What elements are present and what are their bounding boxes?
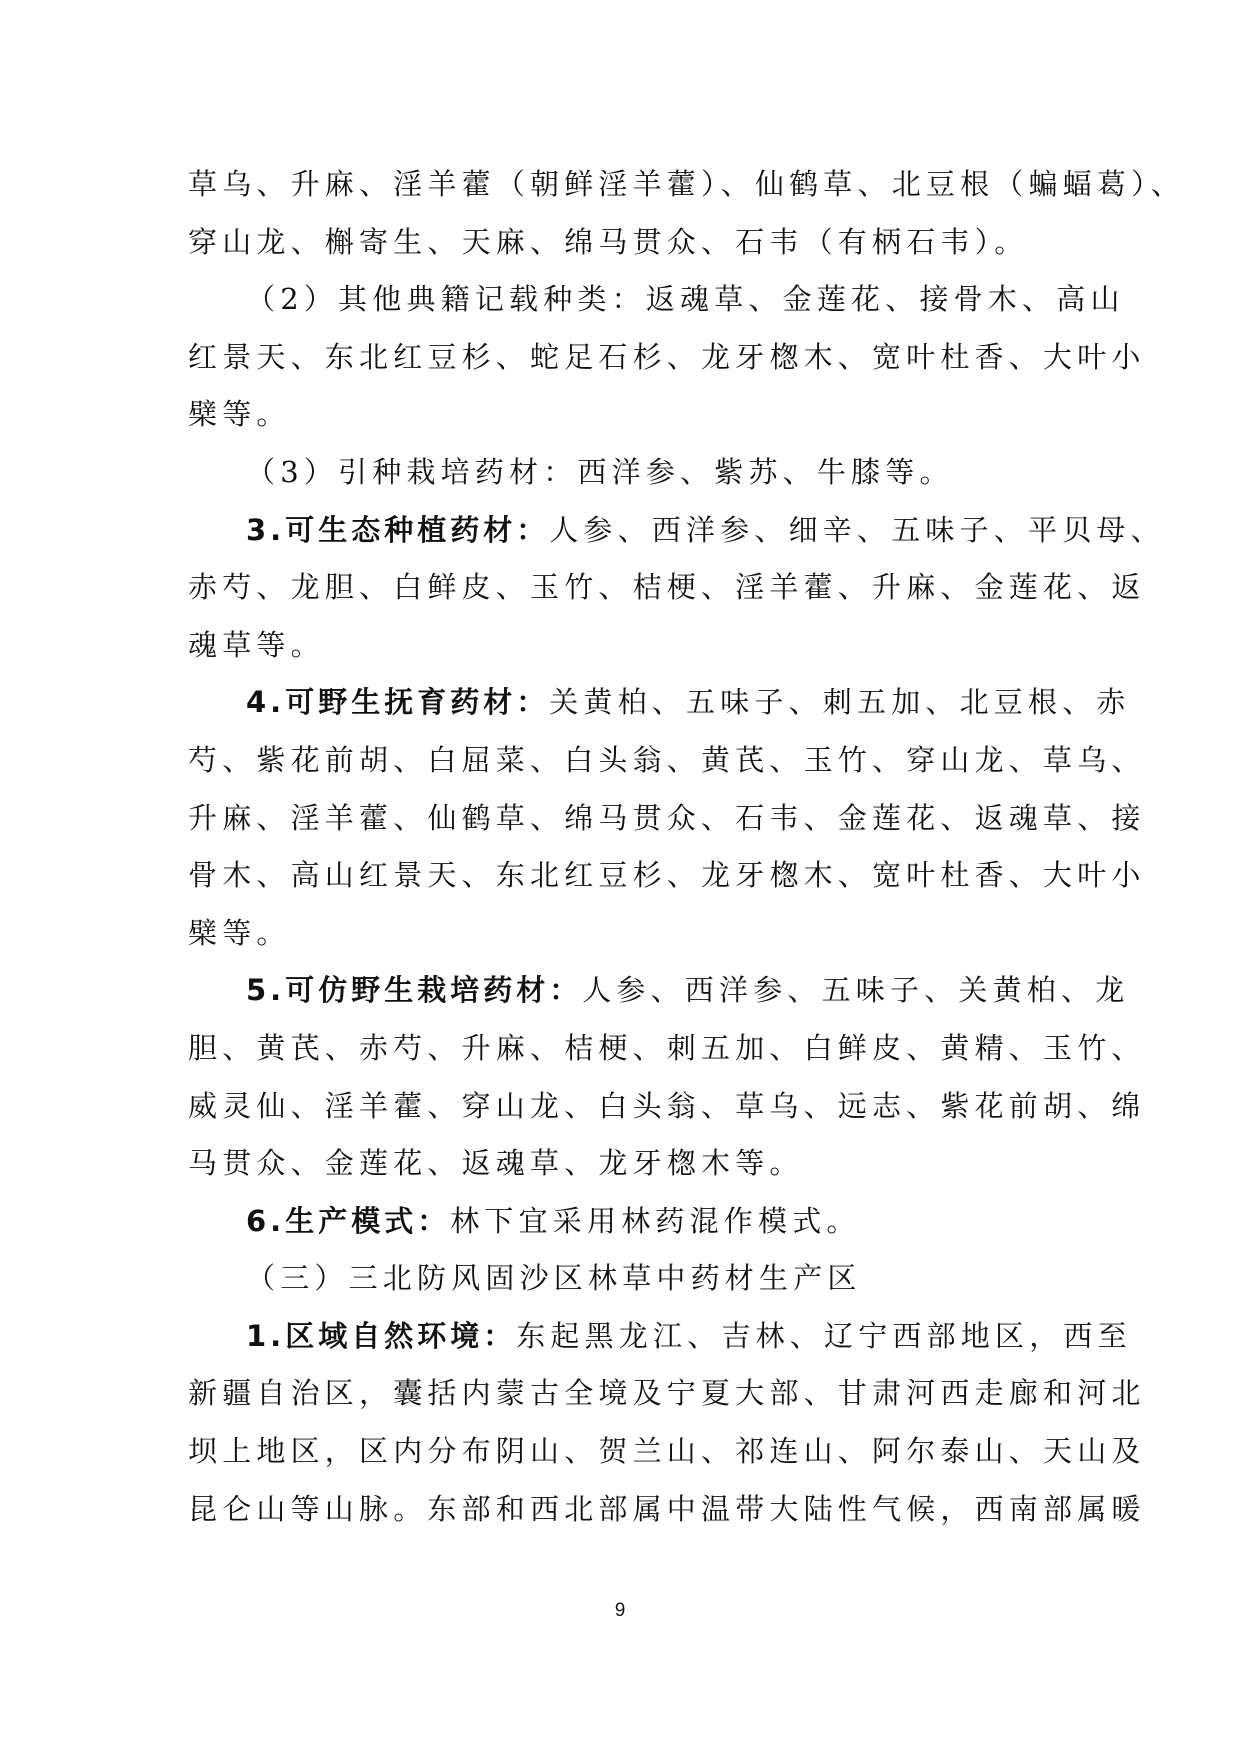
text-line: 魂草等。 [188,617,1058,675]
page-number: 9 [0,1600,1240,1622]
item-text: 林下宜采用林药混作模式。 [450,1204,860,1238]
text-line: 胆、黄芪、赤芍、升麻、桔梗、刺五加、白鲜皮、黄精、玉竹、 [188,1020,1058,1078]
item-heading: 1.区域自然环境： [246,1319,516,1353]
text-line: 芍、紫花前胡、白屈菜、白头翁、黄芪、玉竹、穿山龙、草乌、 [188,732,1058,790]
text-line: 骨木、高山红景天、东北红豆杉、龙牙楤木、宽叶杜香、大叶小 [188,847,1058,905]
text-line: 檗等。 [188,386,1058,444]
item-text: 人参、西洋参、五味子、关黄柏、龙 [582,973,1129,1007]
text-line: 赤芍、龙胆、白鲜皮、玉竹、桔梗、淫羊藿、升麻、金莲花、返 [188,559,1058,617]
item-ecological-planting: 3.可生态种植药材：人参、西洋参、细辛、五味子、平贝母、 [188,502,1058,560]
text-line: 升麻、淫羊藿、仙鹤草、绵马贯众、石韦、金莲花、返魂草、接 [188,790,1058,848]
text-line: 威灵仙、淫羊藿、穿山龙、白头翁、草乌、远志、紫花前胡、绵 [188,1078,1058,1136]
text-line: 穿山龙、槲寄生、天麻、绵马贯众、石韦（有柄石韦）。 [188,214,1058,272]
item-text: 东起黑龙江、吉林、辽宁西部地区，西至 [516,1319,1132,1353]
section-heading-three-north: （三）三北防风固沙区林草中药材生产区 [188,1250,1058,1308]
item-heading: 6.生产模式： [246,1204,450,1238]
item-heading: 5.可仿野生栽培药材： [246,973,582,1007]
item-production-mode: 6.生产模式：林下宜采用林药混作模式。 [188,1193,1058,1251]
item-imitation-wild-cultivation: 5.可仿野生栽培药材：人参、西洋参、五味子、关黄柏、龙 [188,962,1058,1020]
text-line: 马贯众、金莲花、返魂草、龙牙楤木等。 [188,1135,1058,1193]
subsection-introduced-cultivation: （3）引种栽培药材：西洋参、紫苏、牛膝等。 [188,444,1058,502]
text-line: 草乌、升麻、淫羊藿（朝鲜淫羊藿）、仙鹤草、北豆根（蝙蝠葛）、 [188,156,1058,214]
item-heading: 4.可野生抚育药材： [246,685,549,719]
item-heading: 3.可生态种植药材： [246,513,549,547]
text-line: 檗等。 [188,905,1058,963]
text-line: 新疆自治区，囊括内蒙古全境及宁夏大部、甘肃河西走廊和河北 [188,1365,1058,1423]
subsection-other-classics: （2）其他典籍记载种类：返魂草、金莲花、接骨木、高山 [188,271,1058,329]
text-line: 红景天、东北红豆杉、蛇足石杉、龙牙楤木、宽叶杜香、大叶小 [188,329,1058,387]
item-text: 人参、西洋参、细辛、五味子、平贝母、 [549,513,1165,547]
text-line: 昆仑山等山脉。东部和西北部属中温带大陆性气候，西南部属暖 [188,1481,1058,1539]
item-wild-tending: 4.可野生抚育药材：关黄柏、五味子、刺五加、北豆根、赤 [188,674,1058,732]
item-regional-environment: 1.区域自然环境：东起黑龙江、吉林、辽宁西部地区，西至 [188,1308,1058,1366]
item-text: 关黄柏、五味子、刺五加、北豆根、赤 [549,685,1130,719]
document-page-body: 草乌、升麻、淫羊藿（朝鲜淫羊藿）、仙鹤草、北豆根（蝙蝠葛）、 穿山龙、槲寄生、天… [188,156,1058,1538]
text-line: 坝上地区，区内分布阴山、贺兰山、祁连山、阿尔泰山、天山及 [188,1423,1058,1481]
